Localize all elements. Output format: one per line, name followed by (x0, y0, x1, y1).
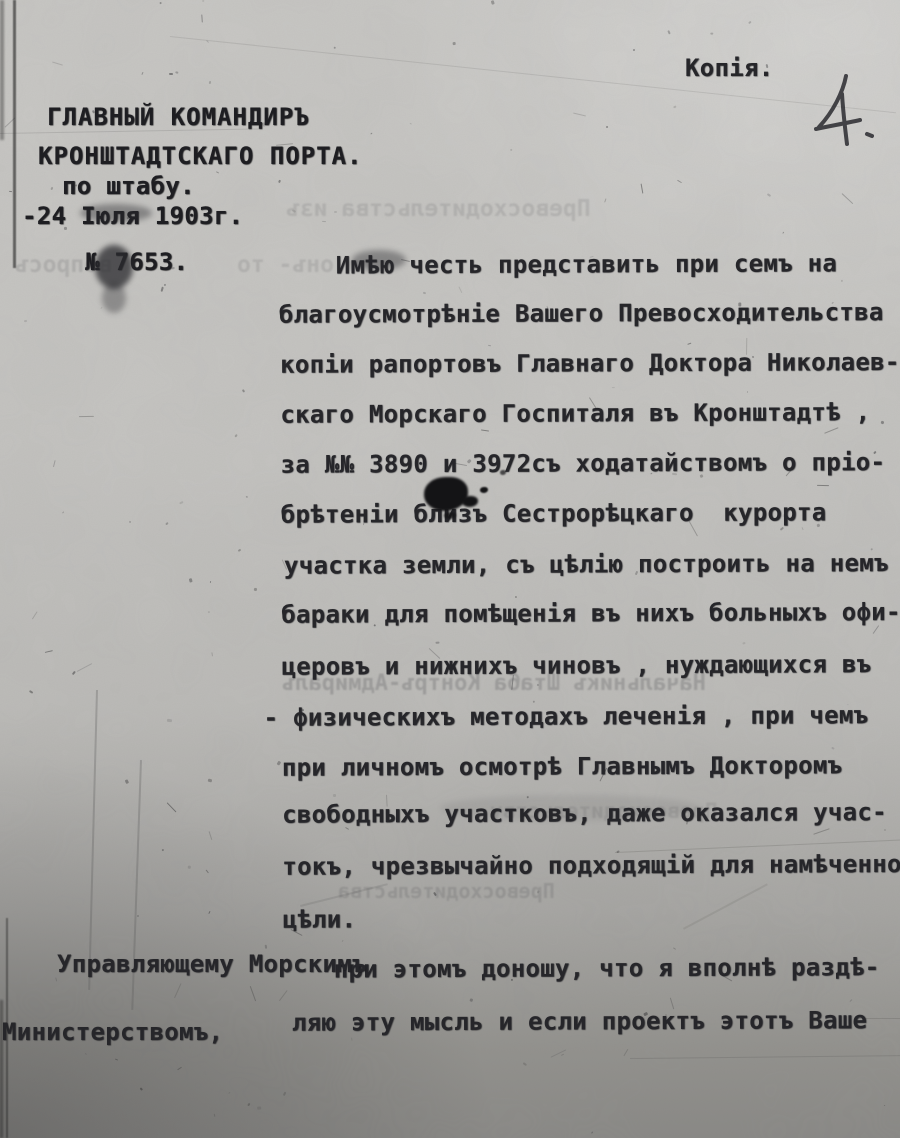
ink-smudge-overstrike (80, 204, 152, 222)
body-line: Имѣю честь представить при семъ на (336, 249, 838, 279)
body-line: при личномъ осмотрѣ Главнымъ Докторомъ (282, 751, 843, 781)
body-line: за №№ 3890 и 3972съ ходатайствомъ о пріо… (280, 448, 885, 479)
body-line: цѣли. (282, 905, 356, 933)
margin-note-line-2: Министерствомъ, (2, 1018, 223, 1046)
body-line: - физическихъ методахъ леченія , при чем… (264, 701, 869, 732)
ink-smudge-number-tail (102, 283, 126, 313)
body-line: ляю эту мысль и если проектъ этотъ Ваше (292, 1006, 867, 1037)
body-line: токъ, чрезвычайно подходящій для намѣчен… (282, 850, 900, 881)
body-line: брѣтеніи близъ Сестрорѣцкаго курорта (281, 498, 827, 528)
body-line: скаго Морскаго Госпиталя въ Кронштадтѣ , (280, 398, 870, 429)
body-line: бараки для помѣщенія въ нихъ больныхъ оф… (281, 598, 900, 629)
body-line: участка земли, съ цѣлію построить на нем… (284, 549, 889, 580)
margin-note-line-1: Управляющему Морскимъ (57, 950, 367, 978)
body-line: при этомъ доношу, что я вполнѣ раздѣ- (334, 953, 880, 983)
body-line: благоусмотрѣніе Вашего Превосходительств… (279, 298, 884, 329)
body-line: церовъ и нижнихъ чиновъ , нуждающихся въ (281, 650, 871, 681)
body-line: копіи рапортовъ Главнаго Доктора Николае… (280, 348, 900, 379)
bleed-band (440, 795, 700, 821)
ink-smudge-overstrike (352, 250, 406, 270)
scanned-document-page: Превосходительства изъ вопросъ то онъ- т… (0, 0, 900, 1138)
